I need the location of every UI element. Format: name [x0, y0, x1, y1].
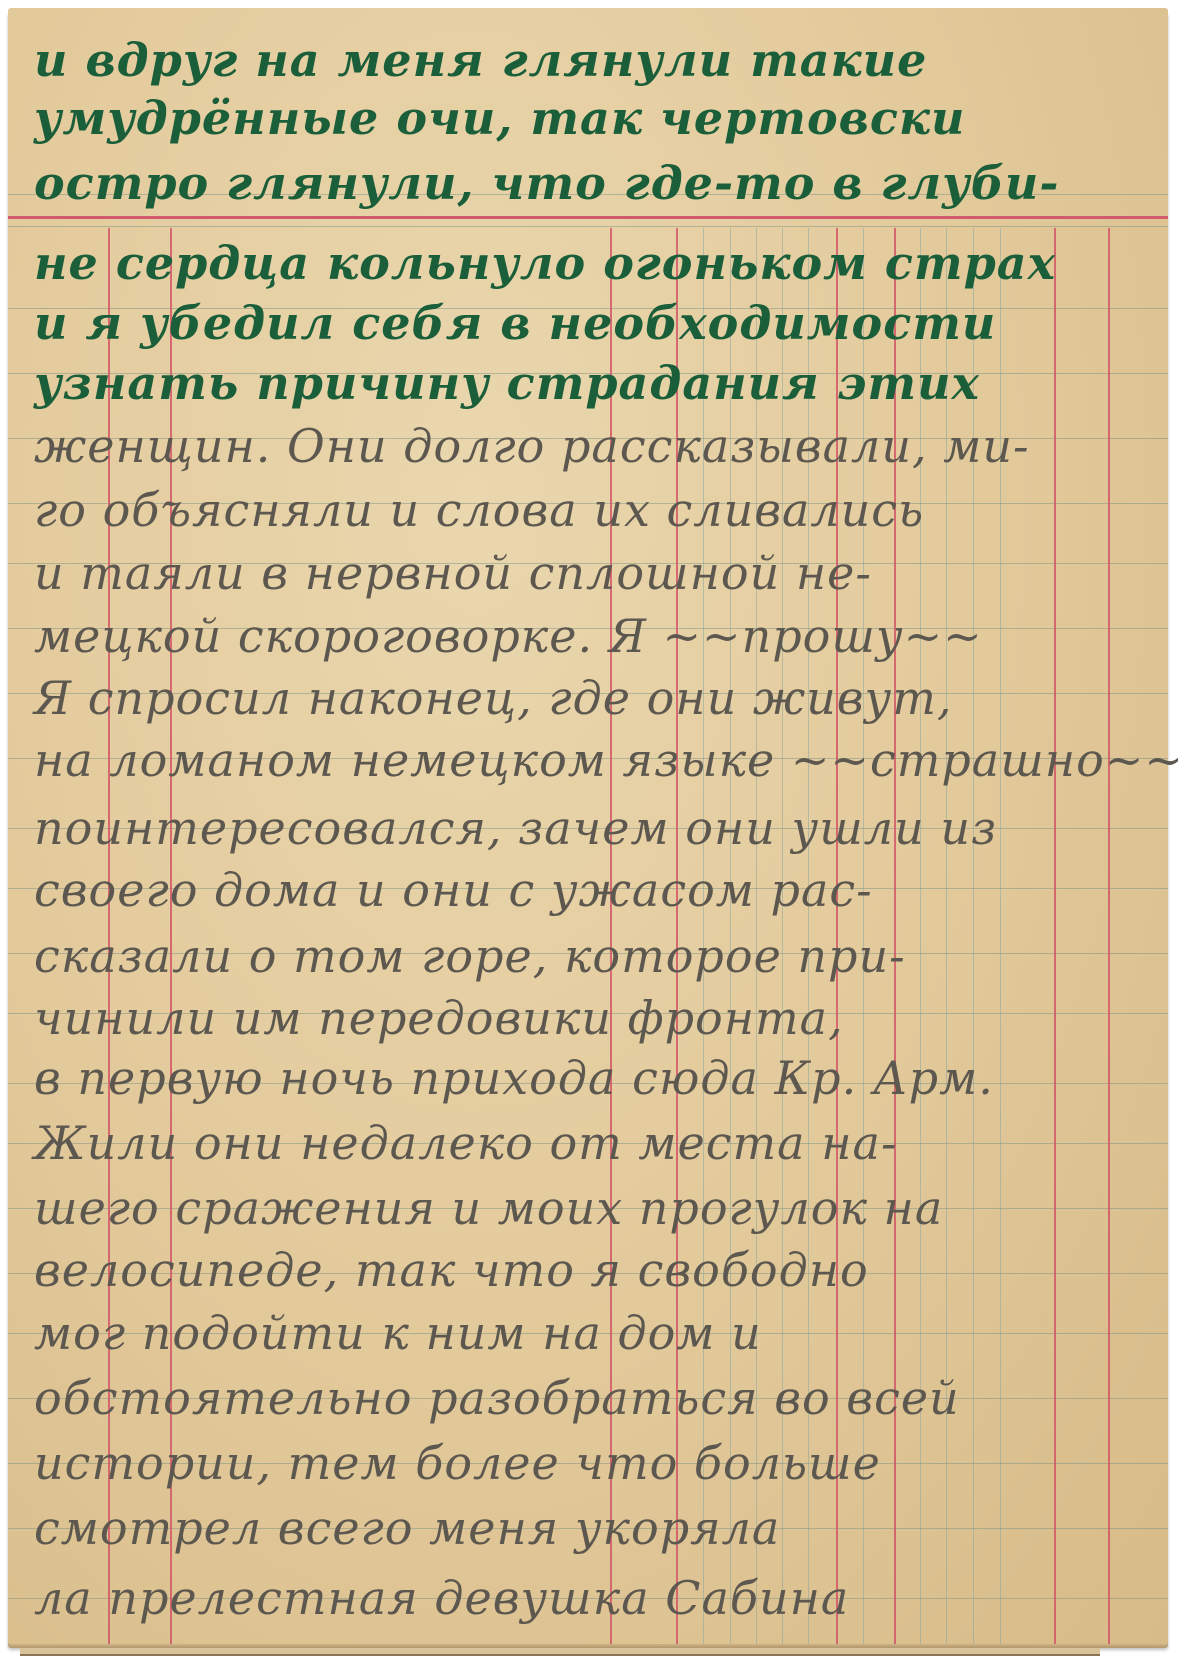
handwritten-line: и я убедил себя в необходимости	[34, 293, 1128, 353]
handwritten-line: велосипеде, так что я свободно	[34, 1240, 1128, 1300]
handwritten-line: и вдруг на меня глянули такие	[34, 30, 1128, 90]
handwritten-line: чинили им передовики фронта,	[34, 988, 1128, 1048]
handwritten-line: в первую ночь прихода сюда Кр. Арм.	[34, 1048, 1128, 1108]
handwritten-line: женщин. Они долго рассказывали, ми-	[34, 416, 1128, 476]
handwritten-line: мецкой скороговорке. Я ~~прошу~~	[34, 606, 1128, 666]
handwritten-line: мог подойти к ним на дом и	[34, 1303, 1128, 1363]
handwritten-line: не сердца кольнуло огоньком страх	[34, 233, 1128, 293]
rule-line	[8, 226, 1168, 227]
handwritten-line: на ломаном немецком языке ~~страшно~~	[34, 730, 1128, 790]
handwritten-line: смотрел всего меня укоряла	[34, 1498, 1128, 1558]
handwritten-line: го объясняли и слова их сливались	[34, 480, 1128, 540]
handwritten-line: поинтересовался, зачем они ушли из	[34, 798, 1128, 858]
page-stack-edge	[20, 1648, 1100, 1656]
handwritten-line: умудрённые очи, так чертовски	[34, 88, 1128, 148]
handwritten-line: узнать причину страдания этих	[34, 353, 1128, 413]
handwritten-line: ла прелестная девушка Сабина	[34, 1568, 1128, 1628]
handwritten-line: Жили они недалеко от места на-	[34, 1113, 1128, 1173]
handwritten-line: истории, тем более что больше	[34, 1433, 1128, 1493]
notebook-page: и вдруг на меня глянули такие умудрённые…	[8, 8, 1168, 1644]
handwritten-line: и таяли в нервной сплошной не-	[34, 543, 1128, 603]
handwritten-line: шего сражения и моих прогулок на	[34, 1178, 1128, 1238]
handwritten-line: своего дома и они с ужасом рас-	[34, 860, 1128, 920]
handwritten-line: обстоятельно разобраться во всей	[34, 1368, 1128, 1428]
top-margin-rule	[8, 216, 1168, 219]
handwritten-line: сказали о том горе, которое при-	[34, 926, 1128, 986]
handwritten-line: Я спросил наконец, где они живут,	[34, 668, 1128, 728]
handwritten-line: остро глянули, что где-то в глуби-	[34, 153, 1128, 213]
